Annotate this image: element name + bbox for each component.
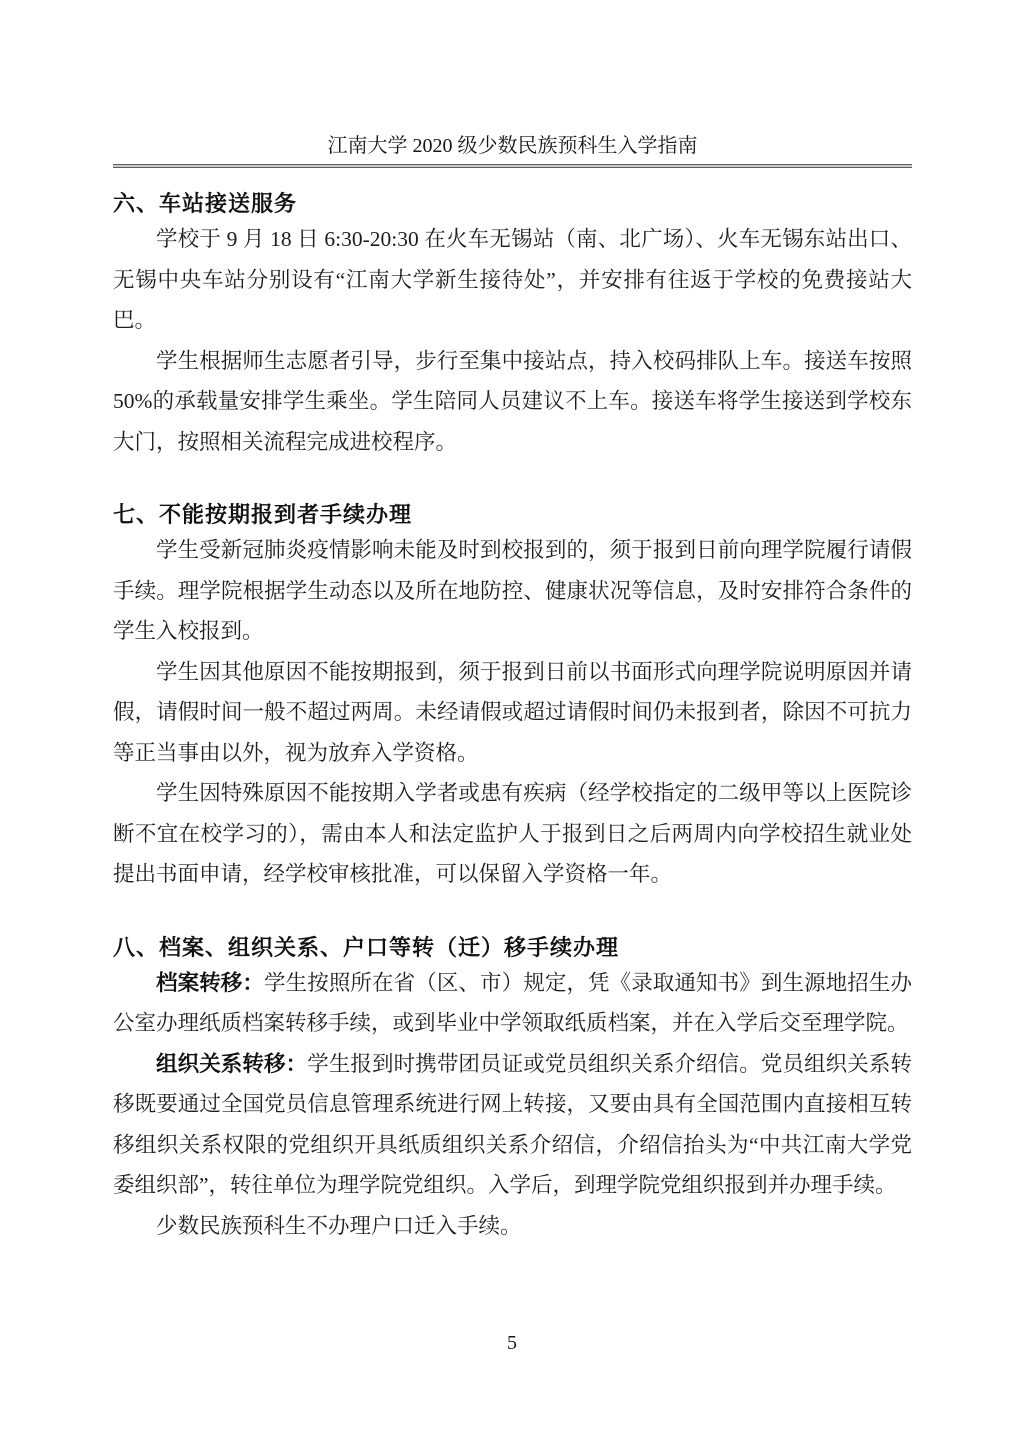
page-header-title: 江南大学 2020 级少数民族预科生入学指南 xyxy=(113,0,912,159)
header-rule xyxy=(113,164,912,168)
section-records-transfer: 八、档案、组织关系、户口等转（迁）移手续办理 档案转移：学生按照所在省（区、市）… xyxy=(113,933,912,1247)
section-heading-7: 七、不能按期报到者手续办理 xyxy=(113,500,912,530)
section-transfer-service: 六、车站接送服务 学校于 9 月 18 日 6:30-20:30 在火车无锡站（… xyxy=(113,189,912,462)
paragraph: 学生受新冠肺炎疫情影响未能及时到校报到的，须于报到日前向理学院履行请假手续。理学… xyxy=(113,530,912,652)
paragraph: 学生因其他原因不能按期报到，须于报到日前以书面形式向理学院说明原因并请假，请假时… xyxy=(113,652,912,774)
paragraph-lead: 组织关系转移： xyxy=(156,1052,307,1076)
paragraph: 档案转移：学生按照所在省（区、市）规定，凭《录取通知书》到生源地招生办公室办理纸… xyxy=(113,963,912,1044)
document-content: 江南大学 2020 级少数民族预科生入学指南 六、车站接送服务 学校于 9 月 … xyxy=(113,0,912,1246)
section-late-registration: 七、不能按期报到者手续办理 学生受新冠肺炎疫情影响未能及时到校报到的，须于报到日… xyxy=(113,500,912,895)
section-heading-6: 六、车站接送服务 xyxy=(113,189,912,219)
paragraph: 学生根据师生志愿者引导，步行至集中接站点，持入校码排队上车。接送车按照 50%的… xyxy=(113,341,912,463)
paragraph: 学生因特殊原因不能按期入学者或患有疾病（经学校指定的二级甲等以上医院诊断不宜在校… xyxy=(113,773,912,895)
document-page: 江南大学 2020 级少数民族预科生入学指南 六、车站接送服务 学校于 9 月 … xyxy=(0,0,1024,1447)
paragraph-lead: 档案转移： xyxy=(156,971,264,995)
paragraph: 少数民族预科生不办理户口迁入手续。 xyxy=(113,1206,912,1247)
paragraph: 学校于 9 月 18 日 6:30-20:30 在火车无锡站（南、北广场）、火车… xyxy=(113,219,912,341)
page-number: 5 xyxy=(0,1332,1024,1355)
section-heading-8: 八、档案、组织关系、户口等转（迁）移手续办理 xyxy=(113,933,912,963)
paragraph: 组织关系转移：学生报到时携带团员证或党员组织关系介绍信。党员组织关系转移既要通过… xyxy=(113,1044,912,1206)
page-header: 江南大学 2020 级少数民族预科生入学指南 xyxy=(113,0,912,168)
